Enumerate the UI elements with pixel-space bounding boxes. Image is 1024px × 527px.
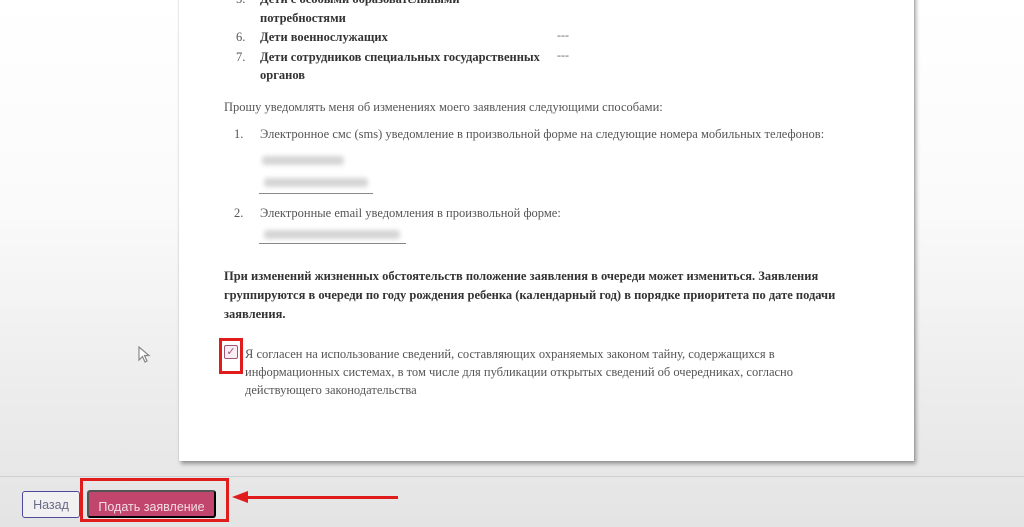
priority-label-cont: потребностями [260, 8, 346, 28]
mouse-cursor-icon [138, 346, 152, 364]
queue-notice-line2: группируются в очереди по году рождения … [224, 286, 835, 305]
redacted-email [264, 230, 400, 239]
priority-value: --- [557, 48, 569, 63]
priority-value: --- [557, 28, 569, 43]
priority-label: Дети сотрудников специальных государстве… [260, 47, 540, 67]
back-button[interactable]: Назад [22, 491, 80, 518]
checkbox-annotation-box [219, 338, 243, 374]
priority-number: 7. [236, 50, 245, 65]
notification-email-label: Электронные email уведомления в произвол… [260, 203, 561, 223]
email-underline [259, 243, 406, 244]
priority-number: 6. [236, 30, 245, 45]
redacted-phone-1 [262, 156, 344, 165]
phone-underline [259, 193, 373, 194]
notification-number: 1. [234, 124, 243, 144]
queue-notice-line3: заявления. [224, 305, 285, 324]
footer-divider [0, 476, 1024, 477]
priority-number: 5. [236, 0, 245, 7]
consent-text-line3: действующего законодательства [245, 380, 417, 400]
notifications-intro: Прошу уведомлять меня об изменениях моег… [224, 97, 663, 117]
notification-sms-label: Электронное смс (sms) уведомление в прои… [260, 124, 824, 144]
priority-label-cont: органов [260, 65, 305, 85]
priority-label: Дети военнослужащих [260, 27, 388, 47]
redacted-phone-2 [264, 178, 368, 187]
queue-notice-line1: При изменений жизненных обстоятельств по… [224, 267, 818, 286]
submit-annotation-box [80, 478, 229, 522]
consent-text-line2: информационных системах, в том числе для… [245, 362, 793, 382]
notification-number: 2. [234, 203, 243, 223]
annotation-arrow-shaft [246, 496, 398, 499]
priority-value: --- [557, 0, 569, 5]
consent-text-line1: Я согласен на использование сведений, со… [245, 344, 775, 364]
